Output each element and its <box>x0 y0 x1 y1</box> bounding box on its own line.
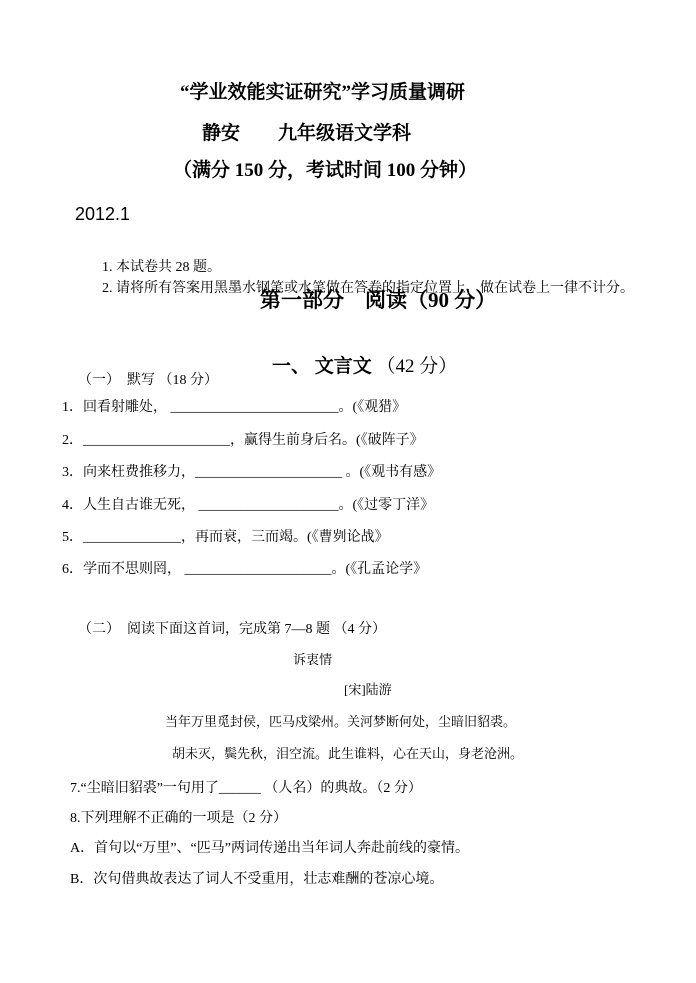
score-time-line: （满分 150 分，考试时间 100 分钟） <box>173 159 477 183</box>
section1-heading: 一、 文言文 （42 分） <box>253 331 457 402</box>
exam-date: 2012.1 <box>75 203 130 226</box>
option-b: B．次句借典故表达了词人不受重用，壮志难酬的苍凉心境。 <box>70 871 443 889</box>
question-7: 7.“尘暗旧貂裘”一句用了______ （人名）的典故。（2 分） <box>70 780 422 798</box>
dictation-item-3: 3．向来枉费推移力，_____________________ 。(《观书有感》 <box>62 464 441 482</box>
part1-heading: 第一部分 阅读（90 分） <box>260 287 496 313</box>
dictation-item-1: 1．回看射雕处， ________________________。(《观猎》 <box>62 399 406 417</box>
poem-line-2: 胡未灭，鬓先秋，泪空流。此生谁料，心在天山，身老沧洲。 <box>172 746 523 762</box>
poem-author: [宋]陆游 <box>344 682 392 698</box>
section1-score: （42 分） <box>372 356 458 377</box>
section1-name: 一、 文言文 <box>272 356 372 377</box>
dictation-item-2: 2．_____________________，赢得生前身后名。(《破阵子》 <box>62 432 424 450</box>
option-a: A．首句以“万里”、“匹马”两词传递出当年词人奔赴前线的豪情。 <box>70 840 469 858</box>
poem-section-heading: （二） 阅读下面这首词，完成第 7—8 题 （4 分） <box>78 621 386 639</box>
notice-number: 2. <box>102 280 116 298</box>
poem-line-1: 当年万里觅封侯，匹马戍梁州。关河梦断何处，尘暗旧貂裘。 <box>165 714 516 730</box>
document-page: “学业效能实证研究”学习质量调研 静安 九年级语文学科 （满分 150 分，考试… <box>0 0 696 983</box>
dictation-heading: （一） 默写 （18 分） <box>78 372 218 390</box>
exam-title: “学业效能实证研究”学习质量调研 <box>180 81 465 105</box>
poem-title: 诉衷情 <box>293 652 332 668</box>
question-8: 8.下列理解不正确的一项是（2 分） <box>70 810 287 828</box>
dictation-item-4: 4．人生自古谁无死， ____________________。(《过零丁洋》 <box>62 497 434 515</box>
exam-subtitle: 静安 九年级语文学科 <box>202 122 411 146</box>
dictation-item-5: 5．______________，再而衰，三而竭。(《曹刿论战》 <box>62 529 389 547</box>
dictation-item-6: 6．学而不思则罔， _____________________。(《孔孟论学》 <box>62 561 427 579</box>
